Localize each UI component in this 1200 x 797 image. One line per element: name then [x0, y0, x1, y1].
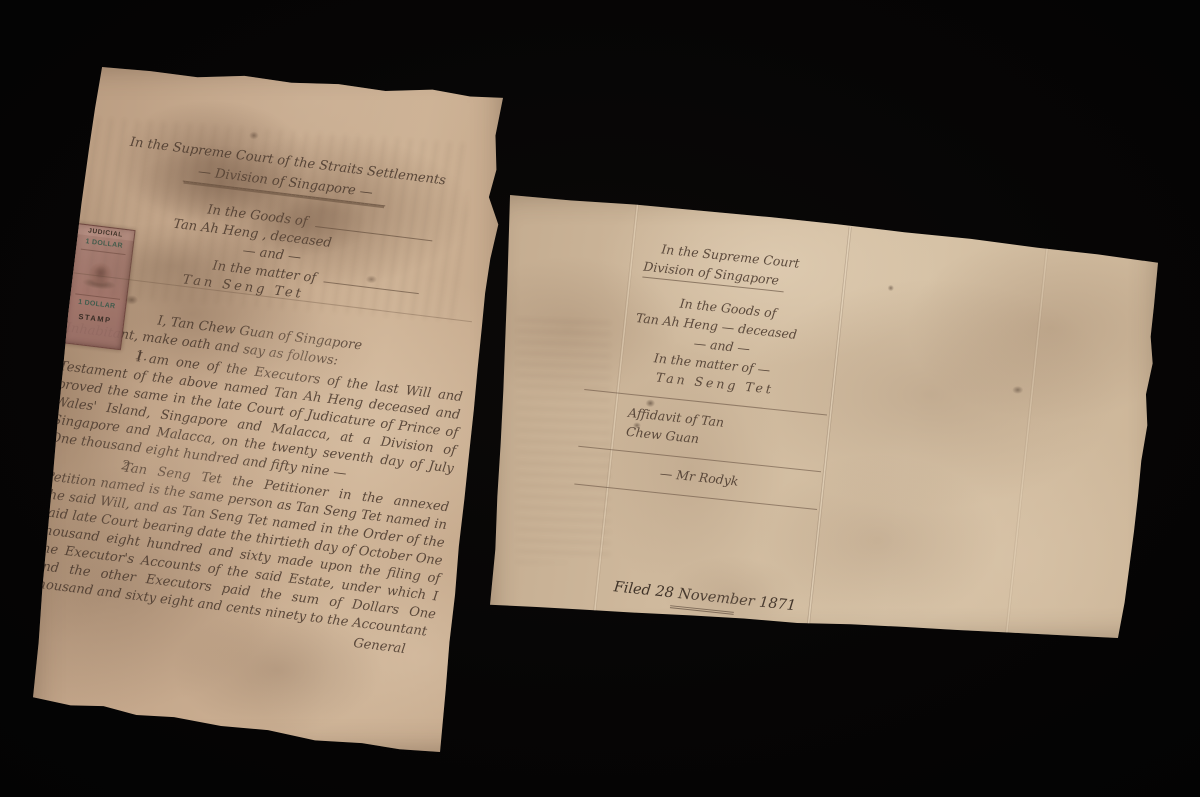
- docket-content: In the Supreme Court Division of Singapo…: [462, 197, 1154, 701]
- docket-page: In the Supreme Court Division of Singapo…: [490, 195, 1158, 638]
- filed-annotation: Filed 28 November 1871: [612, 578, 797, 621]
- affidavit-page: In the Supreme Court of the Straits Sett…: [33, 67, 503, 752]
- affidavit-content: In the Supreme Court of the Straits Sett…: [29, 75, 496, 663]
- docket-solicitor-line: — Mr Rodyk: [619, 459, 818, 499]
- affidavit-body: I, Tan Chew Guan of Singapore Inhabitant…: [29, 302, 468, 663]
- fold-crease: [1000, 247, 1049, 685]
- left-paper-sheet: In the Supreme Court of the Straits Sett…: [33, 67, 503, 752]
- right-paper-sheet: In the Supreme Court Division of Singapo…: [490, 195, 1158, 638]
- photo-background: In the Supreme Court of the Straits Sett…: [0, 0, 1200, 797]
- docket-panel: In the Supreme Court Division of Singapo…: [617, 237, 841, 517]
